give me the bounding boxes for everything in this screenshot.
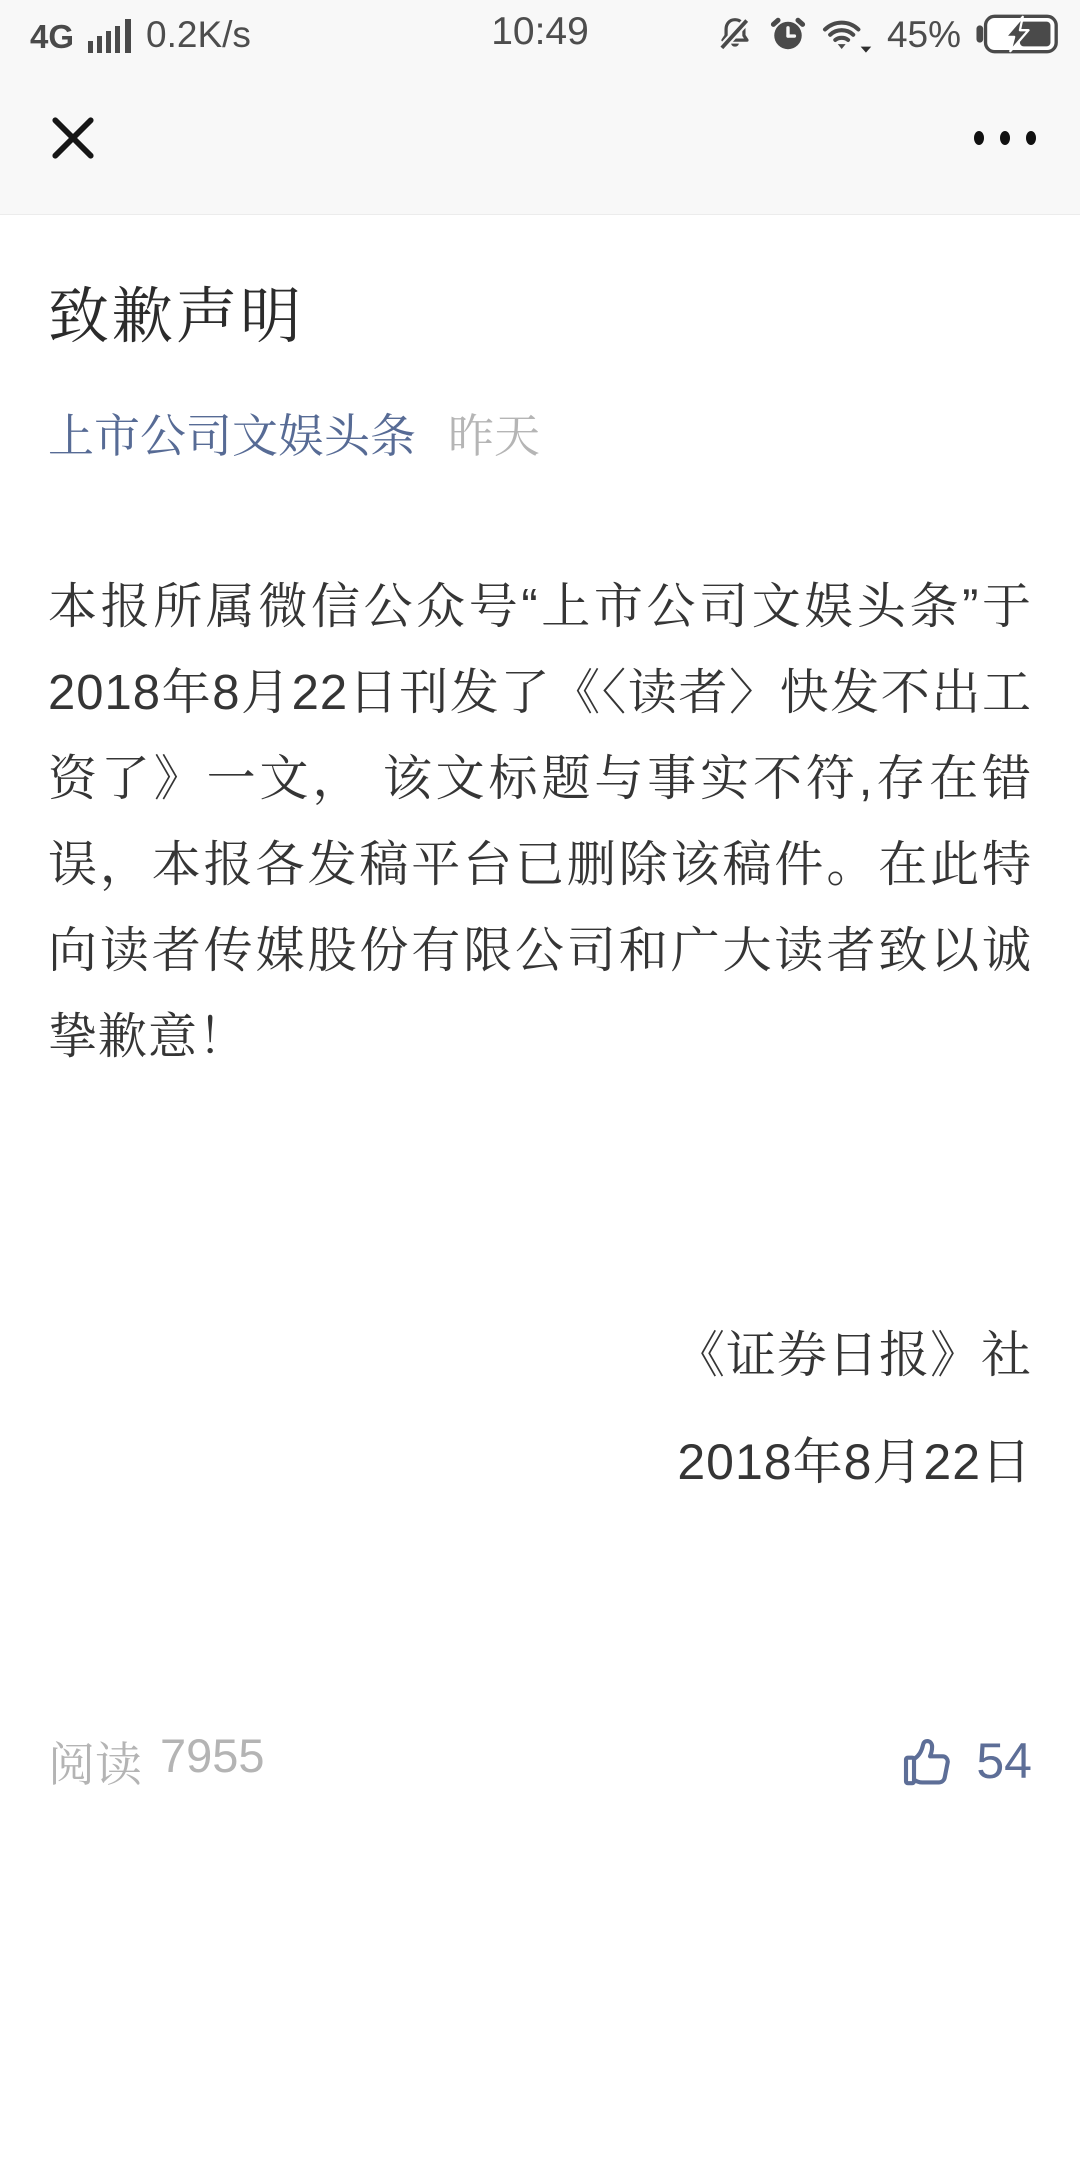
signature-date: 2018年8月22日 [48, 1435, 1032, 1490]
article-meta: 上市公司文娱头条 昨天 [48, 411, 1032, 462]
publish-time-label: 昨天 [448, 411, 540, 462]
battery-charging-icon [976, 13, 1060, 55]
clock-time-label: 10:49 [491, 12, 589, 51]
mute-bell-icon [716, 15, 754, 53]
article-body-text: 本报所属微信公众号“上市公司文娱头条”于2018年8月22日刊发了《〈读者〉快发… [48, 564, 1032, 1080]
status-bar: 4G 0.2K/s 10:49 [0, 0, 1080, 62]
more-dots-icon [974, 131, 1036, 145]
more-menu-button[interactable] [970, 117, 1040, 159]
close-icon [48, 113, 98, 163]
read-label: 阅读 [48, 1728, 142, 1795]
signature-name: 《证券日报》社 [48, 1328, 1032, 1383]
network-type-label: 4G [30, 20, 74, 53]
alarm-clock-icon [769, 15, 807, 53]
thumbs-up-icon [898, 1730, 960, 1792]
read-count-block: 阅读 7955 [48, 1728, 265, 1795]
like-count-value: 54 [976, 1732, 1032, 1790]
top-bar: 4G 0.2K/s 10:49 [0, 0, 1080, 215]
close-button[interactable] [40, 105, 106, 171]
signature-block: 《证券日报》社 2018年8月22日 [48, 1328, 1032, 1490]
article-page: 致歉声明 上市公司文娱头条 昨天 本报所属微信公众号“上市公司文娱头条”于201… [0, 281, 1080, 1795]
article-footer: 阅读 7955 54 [48, 1728, 1032, 1795]
read-count-value: 7955 [160, 1728, 265, 1795]
network-speed-label: 0.2K/s [146, 16, 251, 53]
like-button[interactable]: 54 [898, 1730, 1032, 1792]
navigation-bar [0, 62, 1080, 214]
account-name-link[interactable]: 上市公司文娱头条 [48, 411, 416, 462]
battery-percent-label: 45% [887, 16, 961, 53]
wifi-icon [822, 15, 872, 53]
signal-strength-icon [88, 17, 132, 53]
phone-screen: 4G 0.2K/s 10:49 [0, 0, 1080, 2160]
article-title: 致歉声明 [48, 281, 1032, 351]
status-right: 45% [716, 13, 1060, 55]
status-left: 4G 0.2K/s [30, 16, 251, 53]
